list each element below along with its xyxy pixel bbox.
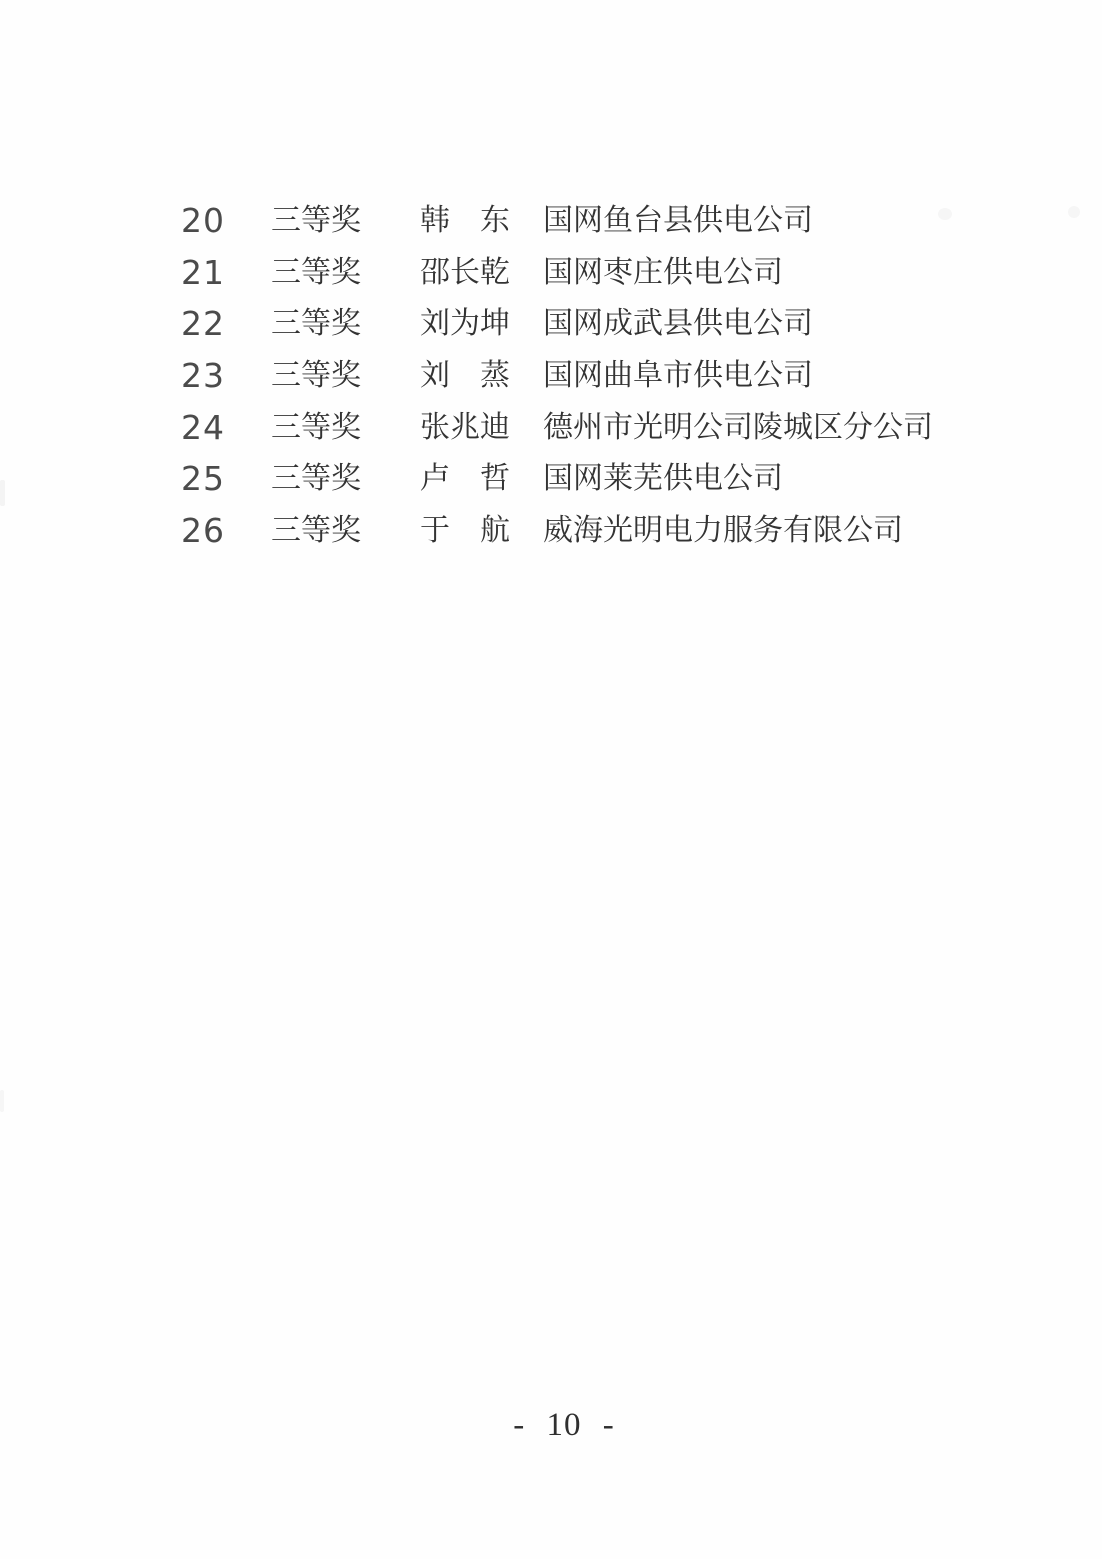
row-number: 23 [181, 350, 225, 402]
winner-name: 张兆迪 [420, 402, 510, 454]
row-number: 26 [181, 505, 225, 557]
award-level: 三等奖 [271, 505, 361, 557]
winner-company: 国网莱芜供电公司 [543, 453, 783, 505]
winner-name: 刘 蒸 [420, 350, 510, 402]
winner-company: 国网成武县供电公司 [543, 298, 813, 350]
award-level: 三等奖 [271, 298, 361, 350]
award-level: 三等奖 [271, 402, 361, 454]
row-number: 21 [181, 247, 225, 299]
winner-company: 国网枣庄供电公司 [543, 247, 783, 299]
document-page: 20 三等奖 韩 东 国网鱼台县供电公司 21 三等奖 邵长乾 国网枣庄供电公司… [0, 0, 1102, 1559]
award-level: 三等奖 [271, 350, 361, 402]
table-row: 24 三等奖 张兆迪 德州市光明公司陵城区分公司 [0, 402, 1102, 454]
row-number: 20 [181, 195, 225, 247]
winner-company: 国网鱼台县供电公司 [543, 195, 813, 247]
table-row: 23 三等奖 刘 蒸 国网曲阜市供电公司 [0, 350, 1102, 402]
row-number: 25 [181, 453, 225, 505]
award-level: 三等奖 [271, 453, 361, 505]
row-number: 22 [181, 298, 225, 350]
winner-company: 威海光明电力服务有限公司 [543, 505, 903, 557]
table-row: 20 三等奖 韩 东 国网鱼台县供电公司 [0, 195, 1102, 247]
row-number: 24 [181, 402, 225, 454]
winner-company: 德州市光明公司陵城区分公司 [543, 402, 933, 454]
page-number: - 10 - [513, 1407, 614, 1444]
award-level: 三等奖 [271, 247, 361, 299]
winner-name: 卢 哲 [420, 453, 510, 505]
award-level: 三等奖 [271, 195, 361, 247]
table-row: 25 三等奖 卢 哲 国网莱芜供电公司 [0, 453, 1102, 505]
winner-name: 邵长乾 [420, 247, 510, 299]
table-row: 22 三等奖 刘为坤 国网成武县供电公司 [0, 298, 1102, 350]
table-row: 26 三等奖 于 航 威海光明电力服务有限公司 [0, 505, 1102, 557]
award-winner-list: 20 三等奖 韩 东 国网鱼台县供电公司 21 三等奖 邵长乾 国网枣庄供电公司… [0, 195, 1102, 557]
winner-name: 于 航 [420, 505, 510, 557]
winner-name: 刘为坤 [420, 298, 510, 350]
table-row: 21 三等奖 邵长乾 国网枣庄供电公司 [0, 247, 1102, 299]
scan-artifact [0, 1090, 4, 1112]
winner-name: 韩 东 [420, 195, 510, 247]
winner-company: 国网曲阜市供电公司 [543, 350, 813, 402]
